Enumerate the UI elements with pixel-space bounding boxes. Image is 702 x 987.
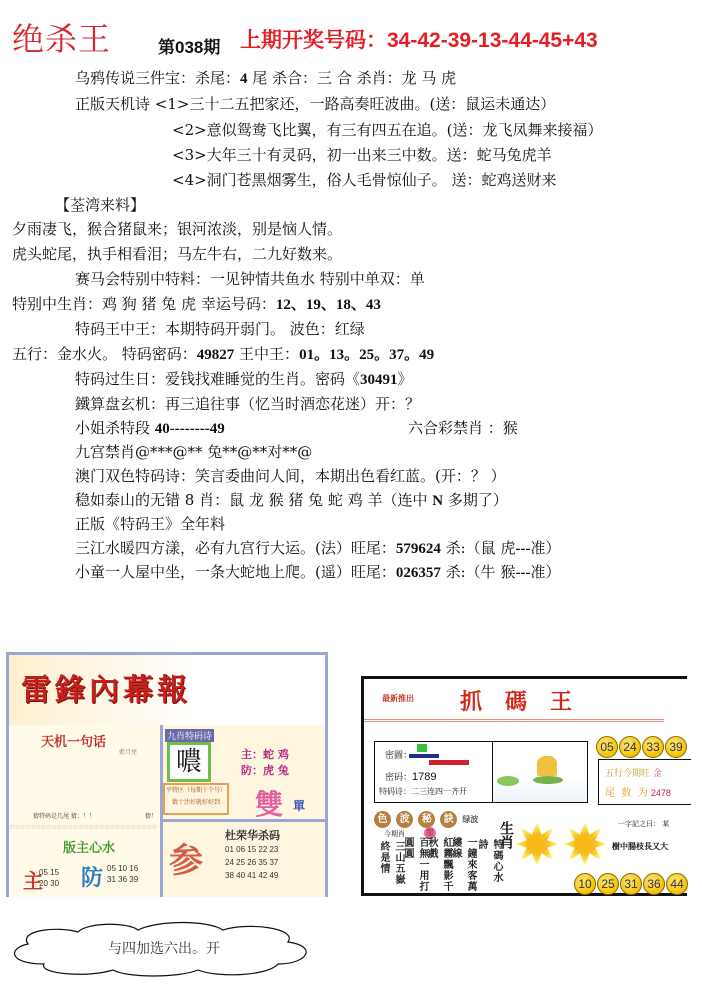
kill-numbers: 01 06 15 22 23 24 25 26 35 37 38 40 41 4… xyxy=(225,843,278,882)
line-birthday: 特码过生日：爱钱找难睡觉的生肖。密码《30491》 xyxy=(75,370,413,389)
double-char: 雙 xyxy=(255,783,283,823)
tag-box: 平特区（每期十个号） 猜十注好就好好到 xyxy=(163,783,229,815)
text: 乌鸦传说三件宝：杀尾： xyxy=(75,69,240,87)
king-numbers: 01。13。25。37。49 xyxy=(299,347,434,363)
deer-icon xyxy=(537,756,557,776)
zhu-fang: 主：蛇 鸡 防：虎 兔 xyxy=(241,747,289,779)
line-miss-kill: 小姐杀特段 40--------49 xyxy=(75,419,225,438)
line-eight-zodiac: 稳如泰山的无错 8 肖：鼠 龙 猴 猪 兔 蛇 鸡 羊（连中 N 多期了） xyxy=(75,491,508,510)
number-ball: 25 xyxy=(597,873,619,895)
bottom-balls: 1025313644 xyxy=(574,873,689,895)
cloud-text: 与四加选六出。开 xyxy=(108,938,220,958)
map-blue-block xyxy=(409,754,439,758)
number-ball: 33 xyxy=(642,736,664,758)
lucky-tails: 026357 xyxy=(396,565,441,581)
line-jockey-club: 赛马会特别中特料：一见钟情共鱼水 特别中单双：单 xyxy=(75,270,425,288)
dash: --- xyxy=(515,541,530,557)
password: 30491 xyxy=(360,372,398,388)
heart-title: 版主心水 xyxy=(63,837,115,856)
text: 特码过生日：爱钱找难睡觉的生肖。密码《 xyxy=(75,370,360,388)
tianji-title: 天机一句话 xyxy=(41,731,106,750)
secret-code: 49827 xyxy=(197,347,235,363)
main-numbers: 05 15 20 30 xyxy=(39,867,59,889)
poem-text: 二三连四一齐开 xyxy=(411,787,467,796)
starburst-icon xyxy=(514,821,560,867)
issue-number: 第038期 xyxy=(158,33,220,58)
text: 尾 杀合：三 合 杀肖：龙 马 虎 xyxy=(248,69,457,87)
line-three-rivers: 三江水暖四方漾，必有九宫行大运。(法）旺尾：579624 杀:（鼠 虎---准） xyxy=(75,539,560,558)
guard-nums-row: 31 36 39 xyxy=(107,874,138,885)
line-macau-poem: 澳门双色特码诗：笑言委曲问人间，本期出色看红蓝。(开：？ ） xyxy=(75,467,506,485)
number-ball: 44 xyxy=(666,873,688,895)
secret-map-label: 密圖： xyxy=(385,748,412,761)
kill-title: 杜荣华杀码 xyxy=(225,827,280,843)
text: 三江水暖四方漾，必有九宫行大运。(法）旺尾： xyxy=(75,539,396,557)
text: 准） xyxy=(530,539,560,557)
number-ball: 36 xyxy=(643,873,665,895)
line-crow-legend: 乌鸦传说三件宝：杀尾：4 尾 杀合：三 合 杀肖：龙 马 虎 xyxy=(75,69,456,88)
banner-char: 訣 xyxy=(440,811,457,828)
tail-value: 2478 xyxy=(651,788,671,798)
last-draw: 上期开奖号码：34-42-39-13-44-45+43 xyxy=(240,24,598,54)
starburst-icon xyxy=(562,821,608,867)
leifeng-header: 雷鋒內幕報 xyxy=(9,655,325,728)
secret-map-box: 密圖： 密码：1789 特码诗：二三连四一齐开 xyxy=(374,741,494,803)
divider xyxy=(163,819,325,822)
text: 特别中生肖：鸡 狗 猪 兔 虎 幸运号码： xyxy=(12,295,276,313)
line-banned-zodiac: 六合彩禁肖 ：猴 xyxy=(408,419,518,437)
banner-small: 绿波 xyxy=(462,814,478,824)
flower-char: 参 xyxy=(169,833,203,882)
leifeng-title: 雷鋒內幕報 xyxy=(21,665,191,709)
number-ball: 24 xyxy=(619,736,641,758)
color-secret-banner: 色 波 秘 訣 绿波 xyxy=(374,807,478,828)
banner-char: 秘 xyxy=(418,811,435,828)
single-char: 單 xyxy=(293,797,305,814)
text: 稳如泰山的无错 8 肖：鼠 龙 猴 猪 兔 蛇 鸡 羊（连中 xyxy=(75,491,432,509)
bold-value: 4 xyxy=(240,71,248,87)
guard-nums-row: 05 10 16 xyxy=(107,863,138,874)
wuxing-row: 五行今期旺 金 xyxy=(605,766,662,779)
line-king: 特码王中王：本期特码开弱门。 波色：红绿 xyxy=(75,320,365,338)
tag2: 猜十注好就好好到 xyxy=(165,797,227,809)
tail-label: 尾 数 为 xyxy=(605,788,648,799)
zodiac-panel: 九肖特码诗 噥 平特区（每期十个号） 猜十注好就好好到 主：蛇 鸡 防：虎 兔 … xyxy=(163,725,325,897)
zhuamawang-header: 最新推出 抓 碼 王 xyxy=(364,679,664,722)
shengxiao-label: 生肖 xyxy=(496,821,516,849)
guard-numbers: 05 10 16 31 36 39 xyxy=(107,863,138,885)
box-header: 九肖特码诗 xyxy=(165,729,214,742)
number-ball: 39 xyxy=(665,736,687,758)
poem-row: 特码诗：二三连四一齐开 xyxy=(379,786,467,797)
line-poem-4: <4>洞门苍黑烟雾生，俗人毛骨惊仙子。 送：蛇鸡送财来 xyxy=(172,171,556,189)
line-nine-palace: 九宫禁肖@***@** 兔**@**对**@ xyxy=(75,443,312,461)
kill-row: 38 40 41 42 49 xyxy=(225,869,278,882)
line-annual: 正版《特码王》全年料 xyxy=(75,515,225,533)
tianji-panel: 天机一句话 藍月亮 猜特码是几尾 猜：！！ 猜！ ☆☆☆☆☆☆☆☆☆☆☆☆☆☆☆… xyxy=(9,725,163,897)
wuxing-label: 五行今期旺 xyxy=(605,769,650,779)
text: 王中王： xyxy=(234,345,299,363)
line-poem-3: <3>大年三十有灵码，初一出来三中数。送：蛇马兔虎羊 xyxy=(172,146,552,164)
wuxing-value: 金 xyxy=(653,769,662,779)
tag1: 平特区（每期十个号） xyxy=(165,785,227,797)
text: 多期了） xyxy=(443,491,508,509)
text: 》 xyxy=(398,370,413,388)
secret-code-row: 密码：1789 xyxy=(385,770,437,783)
top-balls: 05243339 xyxy=(596,736,688,758)
line-five-elements: 五行：金水火。 特码密码：49827 王中王：01。13。25。37。49 xyxy=(12,345,434,364)
kill-row: 24 25 26 35 37 xyxy=(225,856,278,869)
map-red-block xyxy=(429,760,469,765)
text: 杀:（鼠 虎 xyxy=(441,539,516,557)
zhuamawang-title: 抓 碼 王 xyxy=(460,685,572,716)
riddle-text: 猜特码是几尾 猜：！！ xyxy=(33,811,95,820)
memo2: 樹中腸枝長又大 xyxy=(612,841,668,852)
page-title: 绝杀王 xyxy=(12,14,111,60)
leifeng-insider-image: 雷鋒內幕報 天机一句话 藍月亮 猜特码是几尾 猜：！！ 猜！ ☆☆☆☆☆☆☆☆☆… xyxy=(6,652,328,897)
secret-code-label: 密码： xyxy=(385,773,412,783)
deer-illustration xyxy=(492,741,588,803)
text: 小姐杀特段 xyxy=(75,419,155,437)
last-draw-numbers: 34-42-39-13-44-45+43 xyxy=(387,29,598,52)
line-poem-2: <2>意似鸳鸯飞比翼，有三有四五在追。(送：龙飞凤舞来接福） xyxy=(172,121,603,139)
tail-row: 尾 数 为 2478 xyxy=(605,784,671,799)
main-nums-row: 05 15 xyxy=(39,867,59,878)
turtle-icon xyxy=(533,776,563,784)
zhu-text: 主：蛇 鸡 xyxy=(241,747,289,763)
range: 40--------49 xyxy=(155,421,225,437)
lucky-tails: 579624 xyxy=(396,541,441,557)
riddle-right: 猜！ xyxy=(145,811,157,820)
number-ball: 10 xyxy=(574,873,596,895)
secret-code: 1789 xyxy=(412,771,436,783)
latest-label: 最新推出 xyxy=(382,693,414,704)
banner-char: 色 xyxy=(374,811,391,828)
line-verse-2: 虎头蛇尾，执手相看泪；马左牛右，二九好数来。 xyxy=(12,245,342,263)
line-special-zodiac: 特别中生肖：鸡 狗 猪 兔 虎 幸运号码：12、19、18、43 xyxy=(12,295,381,314)
banner-char: 波 xyxy=(396,811,413,828)
zhuamawang-image: 最新推出 抓 碼 王 密圖： 密码：1789 特码诗：二三连四一齐开 05243… xyxy=(361,676,687,896)
main-nums-row: 20 30 xyxy=(39,878,59,889)
line-iron-abacus: 鐵算盘玄机：再三追往事（忆当时酒恋花迷）开：？ xyxy=(75,395,420,413)
memo: 一字記之曰： 某 xyxy=(618,819,669,829)
line-poem-1: 正版天机诗 <1>三十二五把家还，一路高奏旺波曲。(送：鼠运未通达） xyxy=(75,95,555,113)
kill-row: 01 06 15 22 23 xyxy=(225,843,278,856)
map-green-block xyxy=(417,744,427,752)
number-ball: 05 xyxy=(596,736,618,758)
lucky-numbers: 12、19、18、43 xyxy=(276,297,381,313)
line-verse-1: 夕雨凄飞，猴合猪鼠来；银河浓淡，别是恼人情。 xyxy=(12,220,342,238)
last-draw-label: 上期开奖号码： xyxy=(240,29,387,52)
dash: --- xyxy=(515,565,530,581)
tianji-small: 藍月亮 xyxy=(119,747,137,756)
text: 五行：金水火。 特码密码： xyxy=(12,345,197,363)
text: 准） xyxy=(530,563,560,581)
cloud-callout: 与四加选六出。开 xyxy=(8,920,318,978)
poem-label: 特码诗： xyxy=(379,787,411,796)
lily-pad-icon xyxy=(497,776,519,786)
star-divider: ☆☆☆☆☆☆☆☆☆☆☆☆☆☆☆☆☆☆☆☆☆☆☆☆☆☆☆☆ xyxy=(9,823,163,831)
section-tsuen-wan: 【荃湾来料】 xyxy=(55,196,145,214)
line-boy: 小童一人屋中坐，一条大蛇地上爬。(遥）旺尾：026357 杀:（牛 猴---准） xyxy=(75,563,560,582)
text: 杀:（牛 猴 xyxy=(441,563,516,581)
bold-n: N xyxy=(432,493,443,509)
fang-text: 防：虎 兔 xyxy=(241,763,289,779)
wuxing-box: 五行今期旺 金 尾 数 为 2478 xyxy=(598,759,691,805)
big-char: 噥 xyxy=(167,742,211,782)
guard-label: 防 xyxy=(81,861,103,892)
number-ball: 31 xyxy=(620,873,642,895)
text: 小童一人屋中坐，一条大蛇地上爬。(遥）旺尾： xyxy=(75,563,396,581)
